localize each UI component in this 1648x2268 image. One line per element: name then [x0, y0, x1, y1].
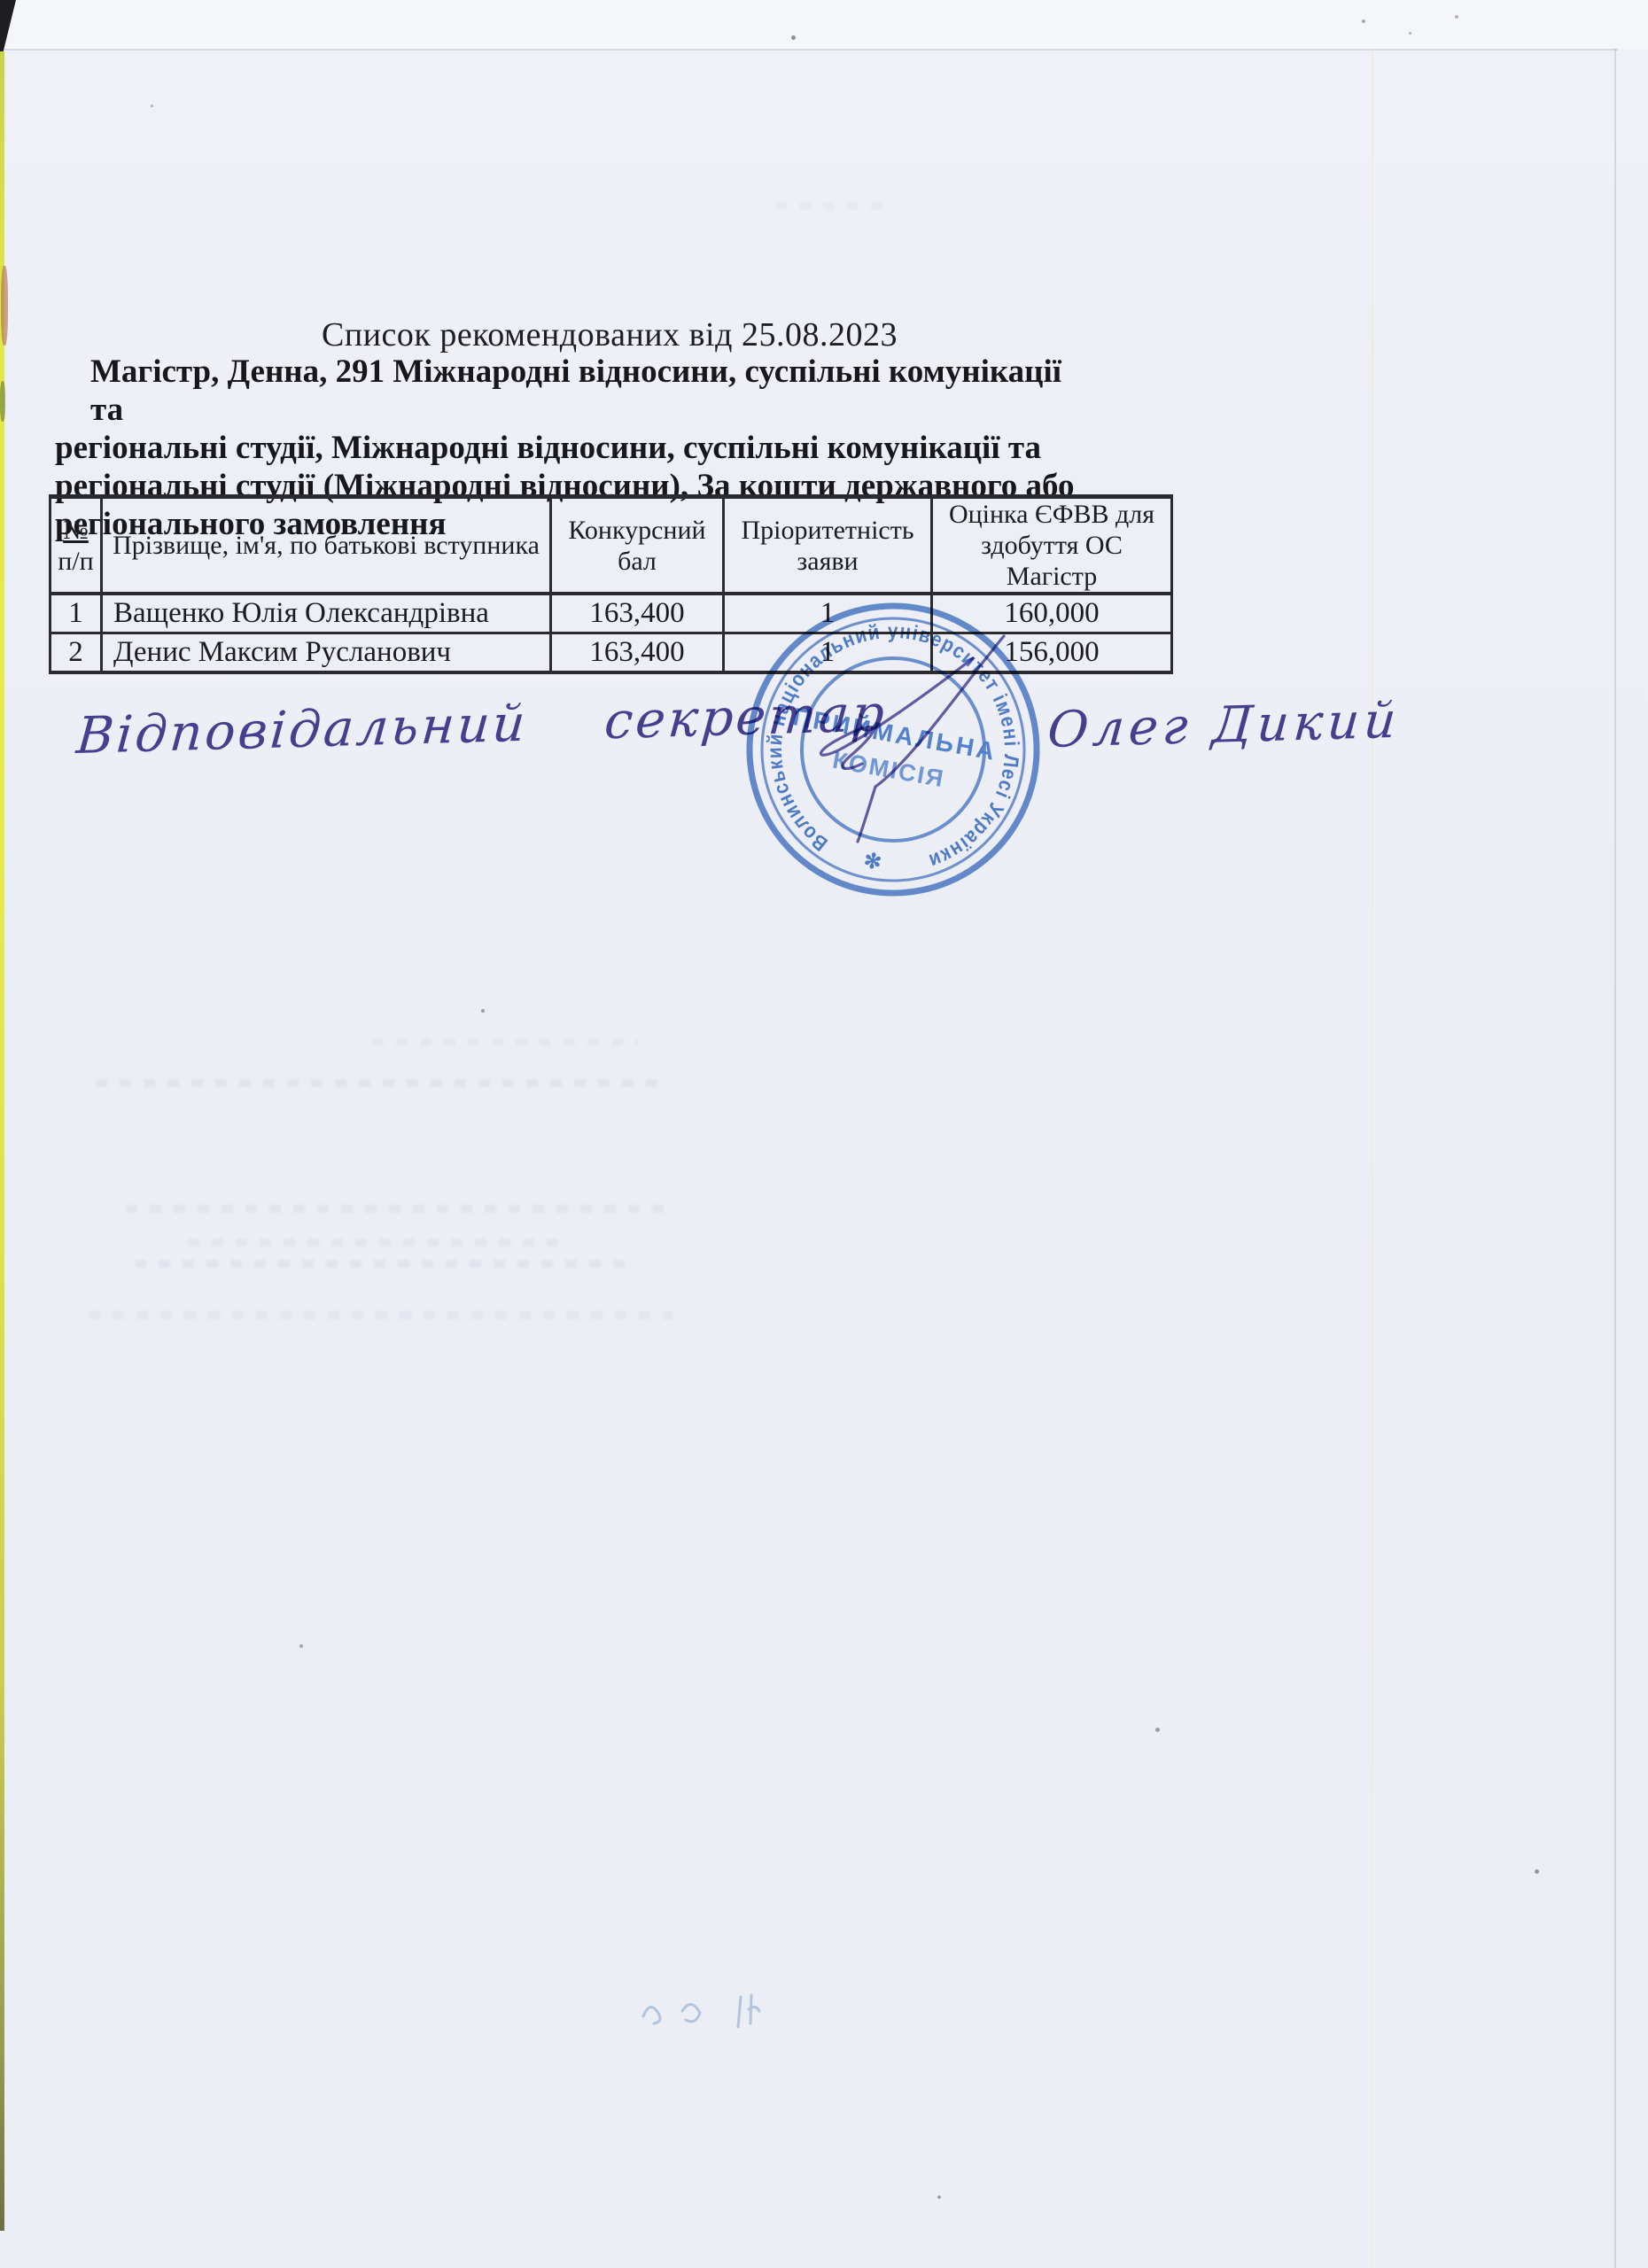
cell-row-number: 1 [51, 594, 102, 633]
bleed-through-mark [126, 1205, 675, 1213]
scan-artifact-edge-strip [0, 51, 4, 2231]
signature-diagonal-stroke [858, 636, 1004, 842]
header-cell-name: Прізвище, ім'я, по батькові вступника [102, 497, 551, 594]
cell-applicant-name: Денис Максим Русланович [102, 633, 551, 673]
program-description-line: регіональні студії, Міжнародні відносини… [55, 429, 1100, 467]
scan-artifact-blotch [1, 266, 8, 346]
header-cell-number: № п/п [51, 497, 102, 594]
header-cell-score: Конкурсний бал [551, 497, 724, 594]
program-description-line: Магістр, Денна, 291 Міжнародні відносини… [55, 353, 1100, 429]
signature-stroke [789, 610, 1046, 866]
cell-applicant-name: Ващенко Юлія Олександрівна [102, 594, 551, 633]
scan-artifact-corner-wedge [0, 0, 16, 53]
signature-name-handwritten: Олег Дикий [1046, 692, 1403, 759]
bleed-through-mark [135, 1260, 631, 1268]
scanned-document-page: { "document": { "title": "Список рекомен… [0, 0, 1648, 2268]
bleed-through-mark [96, 1079, 663, 1087]
signature-loop-stroke [820, 658, 973, 769]
scan-artifact-blotch [0, 381, 5, 422]
bleed-through-mark [775, 202, 890, 210]
paper-right-edge [1614, 49, 1616, 2268]
cell-score: 163,400 [551, 594, 724, 633]
paper-top-edge [0, 49, 1618, 50]
bleed-through-mark [89, 1311, 673, 1319]
document-title: Список рекомендованих від 25.08.2023 [49, 315, 1170, 354]
cell-score: 163,400 [551, 633, 724, 673]
ink-residue [636, 1983, 813, 2045]
bleed-through-mark [372, 1038, 638, 1046]
bleed-through-mark [188, 1239, 569, 1247]
paper-crease-line [1372, 50, 1373, 2268]
cell-row-number: 2 [51, 633, 102, 673]
